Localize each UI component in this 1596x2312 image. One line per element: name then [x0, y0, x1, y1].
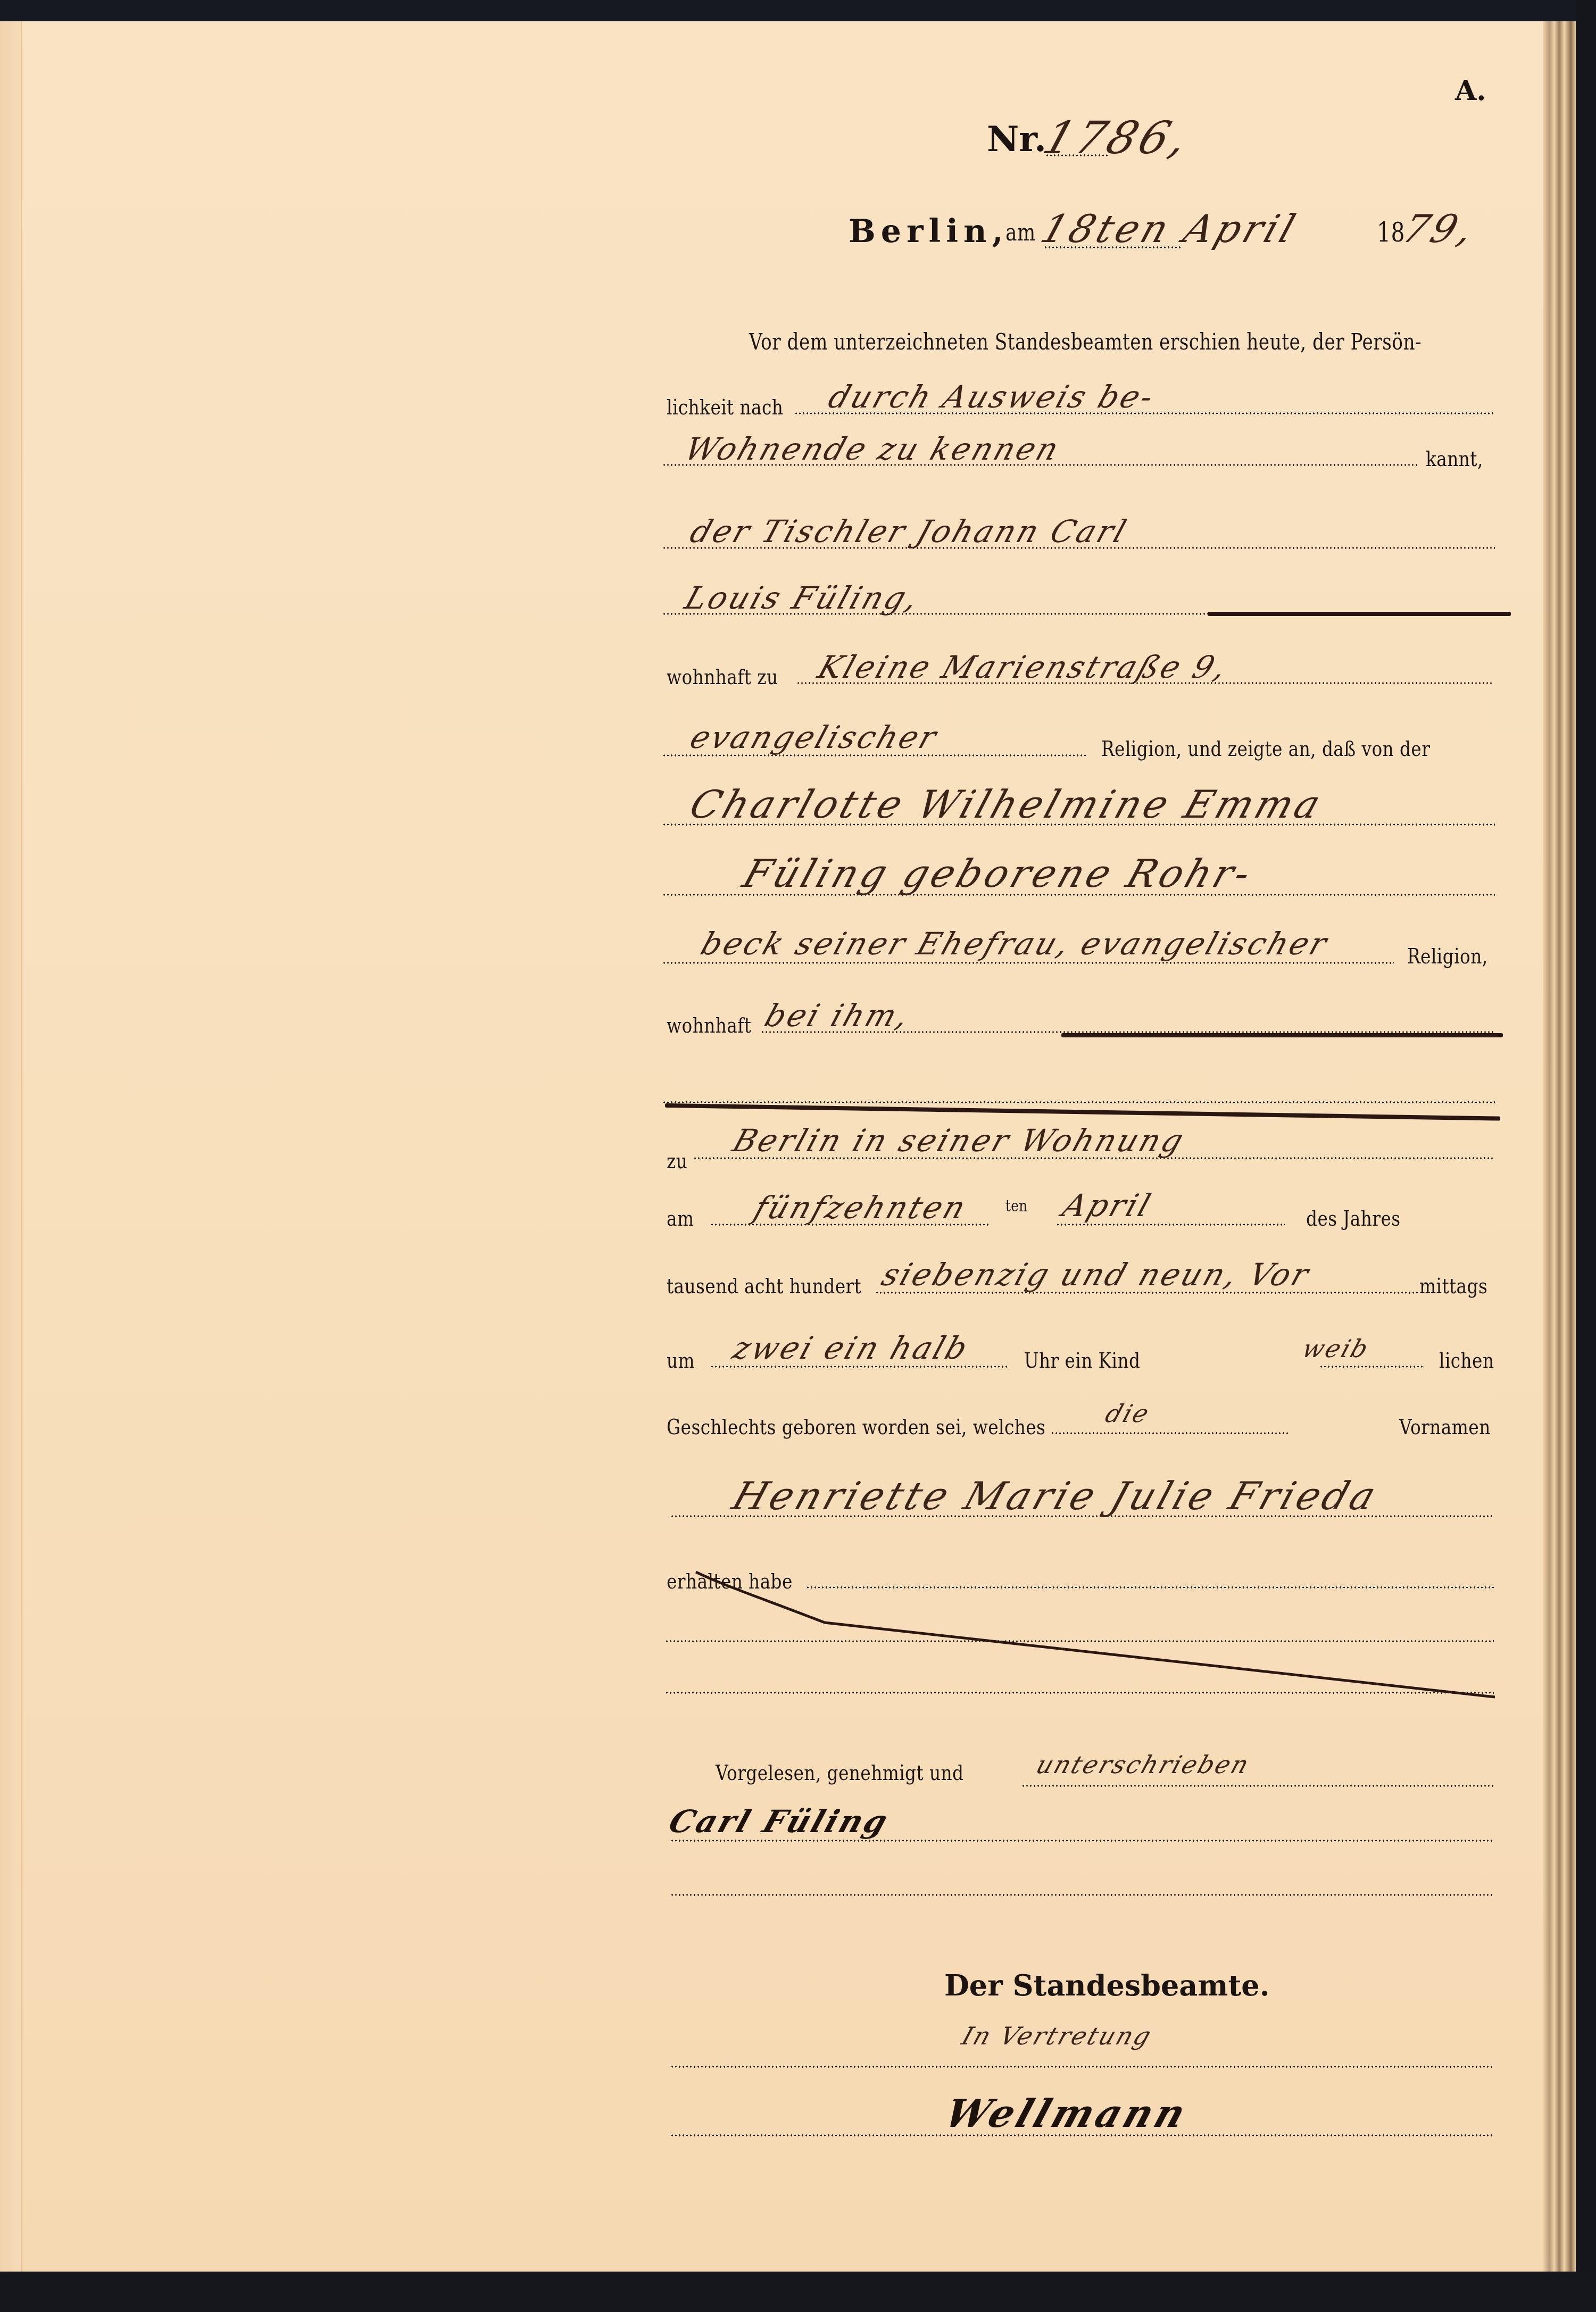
line-25 — [670, 1894, 1494, 1896]
line-9 — [662, 962, 1394, 964]
place-label: Berlin, — [849, 213, 1009, 250]
line-27 — [670, 2134, 1494, 2136]
register-number-value: 1786, — [1037, 112, 1198, 164]
left-page-edge — [0, 21, 22, 2277]
line-23 — [1021, 1785, 1494, 1787]
birthday-value: fünfzehnten — [750, 1190, 972, 1226]
birthmonth-value: April — [1058, 1187, 1157, 1224]
line-18 — [1051, 1432, 1290, 1434]
residence-value: Kleine Marienstraße 9, — [813, 649, 1233, 685]
mother-value-2: Füling geborene Rohr- — [737, 851, 1259, 896]
mother-religion-suffix: Religion, — [1407, 944, 1488, 969]
person-value-2: Louis Füling, — [680, 580, 925, 616]
cancel-stroke-2 — [1061, 1033, 1503, 1037]
scan-background-bottom — [0, 2272, 1596, 2312]
page-marker: A. — [1455, 74, 1486, 107]
date-value: 18ten April — [1035, 206, 1303, 251]
mother-value-1: Charlotte Wilhelmine Emma — [684, 782, 1329, 827]
cancel-stroke-1 — [1208, 612, 1511, 616]
line-24 — [670, 1840, 1494, 1842]
century-label: tausend acht hundert — [667, 1274, 861, 1299]
identity-label: lichkeit nach — [667, 395, 783, 420]
residence-label: wohnhaft zu — [667, 665, 778, 689]
informant-signature: Carl Füling — [664, 1803, 894, 1840]
sex-value: weib — [1299, 1334, 1373, 1363]
mother-residence-value: bei ihm, — [760, 997, 916, 1034]
century-value: siebenzig und neun, Vor — [877, 1257, 1315, 1293]
line-11 — [662, 1101, 1495, 1103]
identity-value-1: durch Ausweis be- — [824, 379, 1160, 415]
birthday-label: am — [667, 1207, 694, 1231]
registrar-title: Der Standesbeamte. — [944, 1968, 1269, 2002]
identity-suffix: kannt, — [1426, 447, 1483, 471]
right-page-stack — [1543, 21, 1576, 2277]
registrar-signature: Wellmann — [940, 2091, 1194, 2136]
identity-value-2: Wohnende zu kennen — [680, 431, 1065, 467]
noon-label: mittags — [1419, 1274, 1487, 1299]
birthplace-value: Berlin in seiner Wohnung — [728, 1122, 1190, 1159]
date-prefix: am — [1005, 219, 1036, 246]
mother-value-3: beck seiner Ehefrau, evangelischer — [696, 926, 1333, 962]
read-label: Vorgelesen, genehmigt und — [716, 1761, 963, 1785]
clock-label: Uhr ein Kind — [1024, 1349, 1140, 1373]
scan-background-top — [0, 0, 1596, 22]
register-number-label: Nr. — [987, 118, 1046, 160]
read-value: unterschrieben — [1033, 1750, 1254, 1779]
given-label: Vornamen — [1399, 1415, 1491, 1440]
time-label: um — [667, 1349, 695, 1373]
cancel-diagonal-stroke — [692, 1564, 1500, 1702]
gender-text: Geschlechts geboren worden sei, welches — [667, 1415, 1045, 1440]
sex-suffix: lichen — [1439, 1349, 1494, 1373]
line-26 — [670, 2066, 1494, 2068]
intro-text: Vor dem unterzeichneten Standesbeamten e… — [749, 329, 1422, 355]
birthday-ten: ten — [1005, 1197, 1028, 1216]
line-17 — [1319, 1366, 1423, 1368]
scan-background-right — [1576, 0, 1596, 2312]
registrar-note: In Vertretung — [958, 2022, 1156, 2050]
year-suffix: 79, — [1397, 206, 1482, 251]
time-value: zwei ein halb — [728, 1330, 974, 1366]
birthyear-label: des Jahres — [1306, 1207, 1401, 1231]
birthplace-label: zu — [667, 1149, 687, 1174]
religion-text: Religion, und zeigte an, daß von der — [1101, 737, 1430, 761]
mother-residence-label: wohnhaft — [667, 1013, 751, 1038]
religion-value: evangelischer — [686, 719, 943, 755]
person-value-1: der Tischler Johann Carl — [686, 513, 1133, 550]
given-names: Henriette Marie Julie Frieda — [727, 1474, 1384, 1518]
line-14 — [1056, 1224, 1285, 1226]
